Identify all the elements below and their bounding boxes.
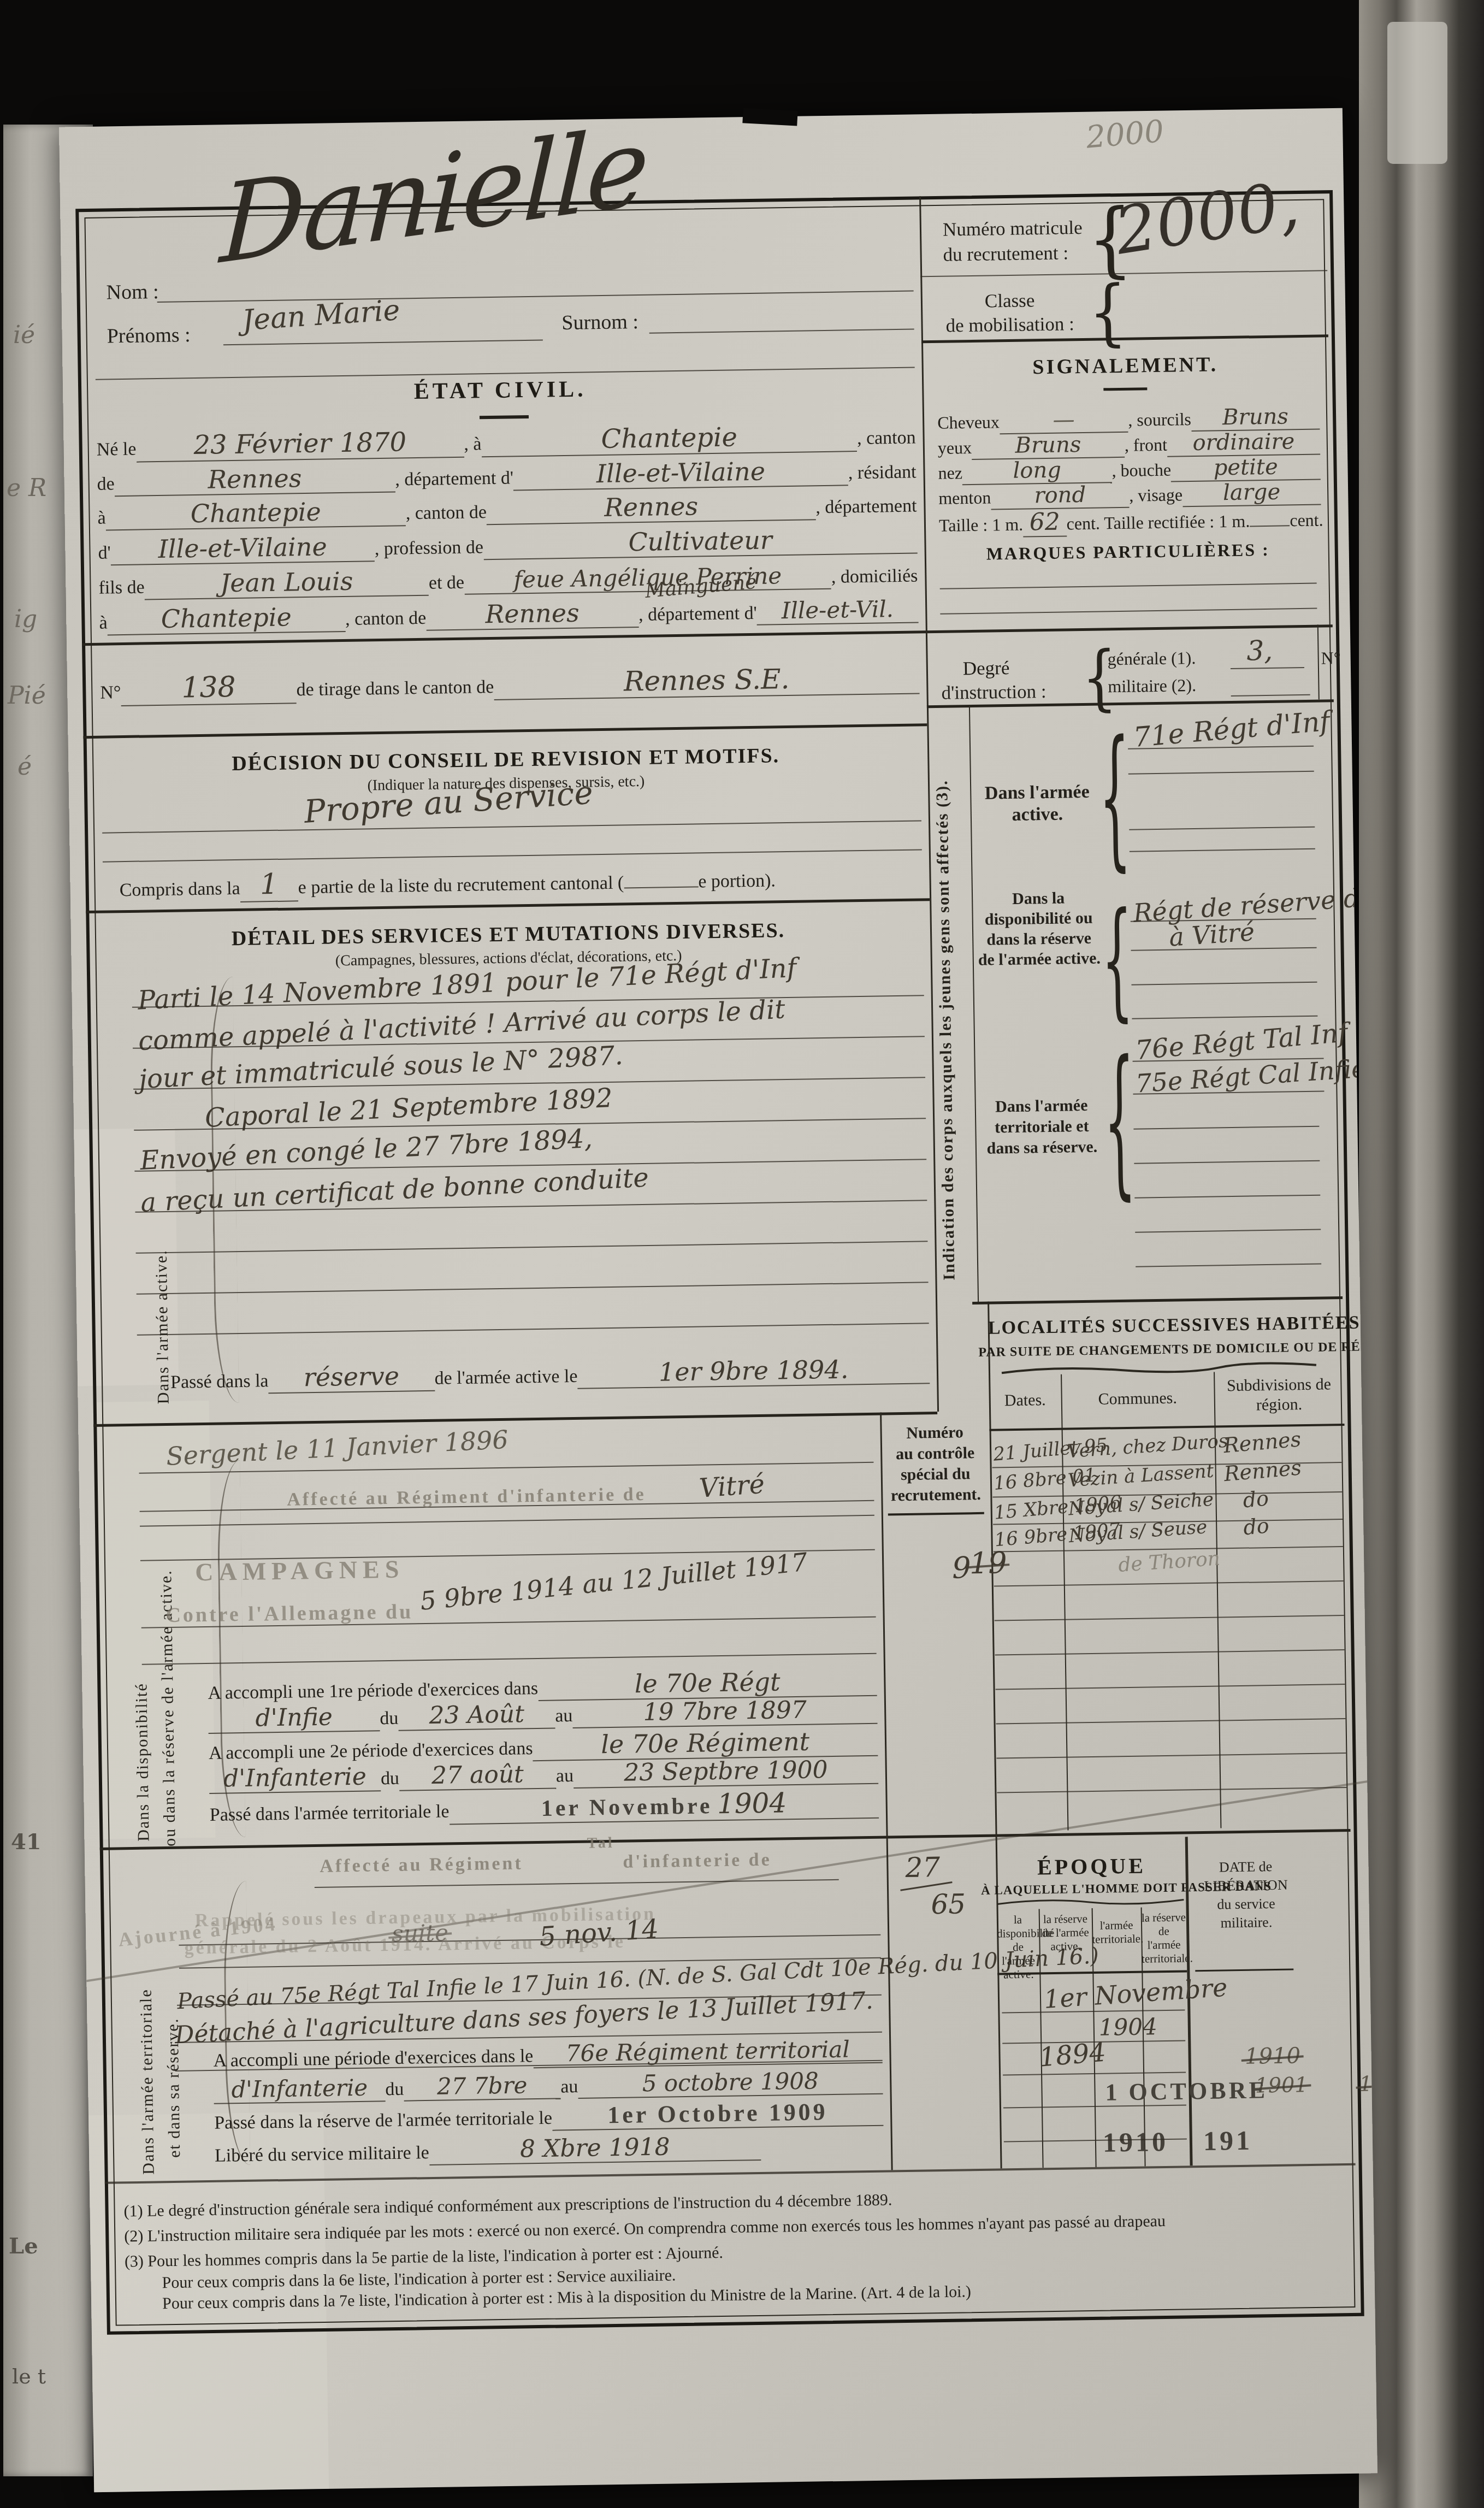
epoque-1910-crossed: 1910: [1245, 2043, 1300, 2069]
taille-label: Taille : 1 m.: [939, 515, 1024, 536]
compris-label-mid: e partie de la liste du recrutement cant…: [298, 872, 624, 898]
menton-label: menton: [938, 487, 991, 508]
tirage-canton: Rennes S.E.: [623, 663, 789, 697]
compris-value: 1: [260, 868, 279, 901]
classe-label-l2: de mobilisation :: [945, 313, 1074, 337]
passe-date: 1er 9bre 1894.: [659, 1354, 849, 1386]
nez-label: nez: [938, 463, 962, 483]
stamp-191x: 191: [1203, 2125, 1252, 2157]
taille-rectifiee-label: cent. Taille rectifiée : 1 m.: [1066, 511, 1250, 534]
brace-glyph: {: [1101, 897, 1134, 1025]
compris-label: Compris dans la: [119, 878, 240, 901]
localite-subdivision: do: [1242, 1514, 1270, 1540]
numero-controle-l2: au contrôle: [896, 1444, 975, 1463]
father-name: Jean Louis: [220, 566, 353, 598]
page-fragment: ié: [13, 321, 35, 349]
birth-date: 23 Février 1870: [193, 427, 406, 461]
residant-label: , résidant: [848, 462, 917, 483]
affecte-territorial-stamp: Affecté au Régiment: [320, 1853, 523, 1877]
controle-value-27: 27: [905, 1851, 940, 1884]
libere-label: Libéré du service militaire le: [215, 2143, 429, 2167]
de-label: de: [97, 474, 115, 494]
novembre-stamp: 1er Novembre: [541, 1793, 713, 1821]
periode2-debut: 27 août: [431, 1760, 524, 1789]
au-label: au: [556, 1766, 574, 1786]
generale-value: 3,: [1246, 635, 1273, 667]
page-fragment: ig: [14, 605, 37, 633]
campagnes-stamp: CAMPAGNES: [195, 1555, 405, 1587]
au-label: au: [560, 2076, 578, 2097]
periode3-fin: 5 octobre 1908: [642, 2067, 819, 2097]
numero-label: N°: [100, 682, 121, 704]
brace-glyph: {: [1098, 722, 1131, 875]
front-value: ordinaire: [1192, 429, 1294, 456]
sourcils-value: Bruns: [1222, 404, 1288, 430]
passe-label-mid: de l'armée active le: [434, 1366, 577, 1389]
matricule-label-l2: du recrutement :: [943, 242, 1068, 265]
yeux-label: yeux: [938, 438, 972, 458]
periode3-infanterie: d'Infanterie: [231, 2074, 368, 2103]
numero-controle-header: Numéro au contrôle spécial du recrutemen…: [880, 1422, 990, 1507]
matricule-label-l1: Numéro matricule: [943, 217, 1083, 241]
page-fragment: le t: [12, 2364, 46, 2388]
octobre-1909-stamp: 1er Octobre 1909: [607, 2098, 828, 2128]
ne-le-label: Né le: [97, 439, 137, 461]
fold-highlight: [1387, 22, 1447, 164]
disponibilite-label: Dans la disponibilité ou dans la réserve…: [976, 888, 1102, 970]
stamp-1910: 1910: [1103, 2126, 1169, 2158]
nom-label: Nom :: [106, 280, 159, 304]
periode3-regiment: 76e Régiment territorial: [566, 2036, 850, 2067]
periode3-label: A accompli une période d'exercices dans …: [213, 2046, 533, 2072]
visage-label: , visage: [1129, 485, 1183, 505]
du-label: du: [385, 2079, 404, 2100]
mother-name: feue Angélique Perrine: [513, 562, 782, 593]
bouche-value: petite: [1213, 455, 1278, 481]
prenoms-label: Prénoms :: [107, 323, 191, 348]
tirage-label: de tirage dans le canton de: [296, 677, 494, 700]
canton-label: , canton: [857, 427, 916, 449]
a-label: , à: [464, 434, 482, 455]
affecte-territorial-stamp2: d'infanterie de: [623, 1850, 772, 1873]
paper-tear: [742, 108, 797, 126]
periode1-regiment: le 70e Régt: [634, 1667, 781, 1698]
profession-label: , profession de: [375, 537, 484, 559]
epoque-col4-header: la réserve de l'armée territoriale.: [1141, 1910, 1187, 1966]
affecte-value: Vitré: [698, 1469, 765, 1504]
numero-controle-l3: spécial du: [901, 1465, 971, 1484]
epoque-col2-header: la réserve de l'armée active.: [1039, 1912, 1092, 1954]
degre-label-l2: d'instruction :: [941, 681, 1047, 704]
epoque-1894: 1894: [1038, 2037, 1107, 2073]
birth-place: Chantepie: [601, 422, 737, 455]
page-fragment: Le: [9, 2233, 38, 2259]
page-fragment: Pié: [8, 682, 46, 710]
au-label: au: [555, 1706, 573, 1726]
pencil-matricule-number: 2000: [1085, 114, 1166, 156]
du-label: du: [381, 1768, 400, 1790]
matricule-form-page: 2000 Danielle Nom : Prénoms : Jean Marie…: [59, 108, 1377, 2492]
controle-value-65: 65: [931, 1888, 966, 1920]
taille-value: 62: [1029, 508, 1060, 536]
octobre-stamp: 1 OCTOBRE: [1105, 2076, 1268, 2106]
epoque-col1-header: la disponibilité de l'armée active.: [997, 1913, 1040, 1981]
no-label: N°: [1321, 648, 1340, 669]
a-label: à: [97, 507, 106, 528]
periode1-infanterie: d'Infie: [255, 1703, 333, 1732]
annee-1904: 1904: [717, 1787, 787, 1820]
numero-controle-l1: Numéro: [906, 1423, 963, 1442]
yeux-value: Bruns: [1015, 432, 1081, 458]
menton-value: rond: [1034, 482, 1086, 508]
periode3-debut: 27 7bre: [437, 2072, 528, 2099]
communes-header: Communes.: [1061, 1389, 1214, 1409]
cheveux-label: Cheveux: [937, 412, 1000, 433]
book-fold-edge: [1359, 0, 1484, 2508]
canton-value: Rennes: [485, 598, 580, 629]
du-label: du: [380, 1708, 399, 1730]
scanned-register-page: ié e R ig Pié é 41 Le le t 2000 Danielle…: [0, 0, 1484, 2508]
taille-row: Taille : 1 m. 62 cent. Taille rectifiée …: [939, 504, 1327, 539]
visage-value: large: [1223, 480, 1281, 506]
generale-label: générale (1).: [1107, 648, 1196, 669]
page-fragment: e R: [7, 474, 46, 502]
territoriale-label: Dans l'armée territoriale et dans sa rés…: [979, 1095, 1105, 1159]
cent-label: cent.: [1290, 510, 1323, 530]
epoque-title: ÉPOQUE: [996, 1852, 1187, 1880]
passe-value: réserve: [303, 1361, 399, 1392]
et-de-label: et de: [429, 573, 465, 594]
departement-label: , département d': [395, 468, 513, 490]
passe-territoriale-label: Passé dans l'armée territoriale le: [210, 1801, 450, 1826]
departement-label: , département d': [638, 603, 757, 625]
subdivisions-header: Subdivisions de région.: [1214, 1374, 1344, 1416]
departement-value: Ille-et-Vil.: [781, 595, 894, 624]
brace-glyph: {: [1103, 1041, 1137, 1204]
canton-label: , canton de: [345, 608, 427, 630]
epoque-1904: 1904: [1098, 2013, 1157, 2041]
localite-subdivision: do: [1242, 1486, 1270, 1513]
numero-controle-l4: recrutement.: [890, 1485, 981, 1504]
canton-value: Rennes: [604, 491, 699, 522]
d-label: d': [98, 542, 111, 563]
periode2-label: A accompli une 2e période d'exercices da…: [209, 1738, 533, 1764]
departement-value: Ille-et-Vilaine: [158, 532, 327, 564]
periode1-label: A accompli une 1re période d'exercices d…: [208, 1678, 538, 1704]
epoque-col3-header: l'armée territoriale.: [1092, 1919, 1142, 1946]
canton-label: , canton de: [406, 502, 487, 524]
controle-value: 9: [952, 1550, 971, 1585]
page-fragment: 41: [11, 1829, 42, 1855]
domicilies-label: , domiciliés: [831, 565, 918, 587]
bouche-label: , bouche: [1111, 460, 1171, 481]
periode2-infanterie: d'Infanterie: [223, 1763, 366, 1793]
tirage-number: 138: [181, 671, 236, 704]
sourcils-label: , sourcils: [1128, 409, 1191, 430]
fils-de-label: fils de: [98, 577, 145, 598]
departement-value: Ille-et-Vilaine: [596, 457, 765, 489]
front-label: , front: [1125, 435, 1168, 456]
page-fragment: é: [17, 753, 32, 781]
domicile-value: Chantepie: [161, 602, 292, 634]
passe-label: Passé dans la: [170, 1371, 269, 1393]
passe-reserve-territoriale-label: Passé dans la réserve de l'armée territo…: [214, 2108, 552, 2134]
departement-label: , département: [815, 495, 917, 518]
periode1-fin: 19 7bre 1897: [643, 1696, 807, 1726]
surnom-label: Surnom :: [561, 310, 638, 335]
nez-value: long: [1013, 458, 1061, 483]
liberation-header: DATE de LIBÉRATION du service militaire.: [1199, 1857, 1293, 1933]
dates-header: Dates.: [989, 1391, 1061, 1411]
compris-label-end: e portion).: [698, 870, 776, 892]
libere-date: 8 Xbre 1918: [520, 2133, 670, 2163]
periode1-debut: 23 Août: [429, 1700, 524, 1730]
a-label: à: [99, 612, 108, 633]
degre-label-l1: Degré: [963, 657, 1010, 680]
residence-value: Chantepie: [190, 497, 321, 529]
militaire-label: militaire (2).: [1108, 675, 1196, 697]
classe-label-l1: Classe: [985, 290, 1035, 312]
reserve-lieu-value: à Vitré: [1168, 917, 1256, 952]
profession-value: Cultivateur: [628, 525, 772, 557]
cheveux-value: —: [1053, 407, 1075, 433]
canton-value: Rennes: [208, 463, 302, 494]
tal-superscript: Tal: [587, 1834, 614, 1852]
periode2-fin: 23 Septbre 1900: [624, 1756, 828, 1787]
armee-active-label: Dans l'armée active.: [975, 781, 1099, 827]
periode2-regiment: le 70e Régiment: [601, 1727, 810, 1760]
